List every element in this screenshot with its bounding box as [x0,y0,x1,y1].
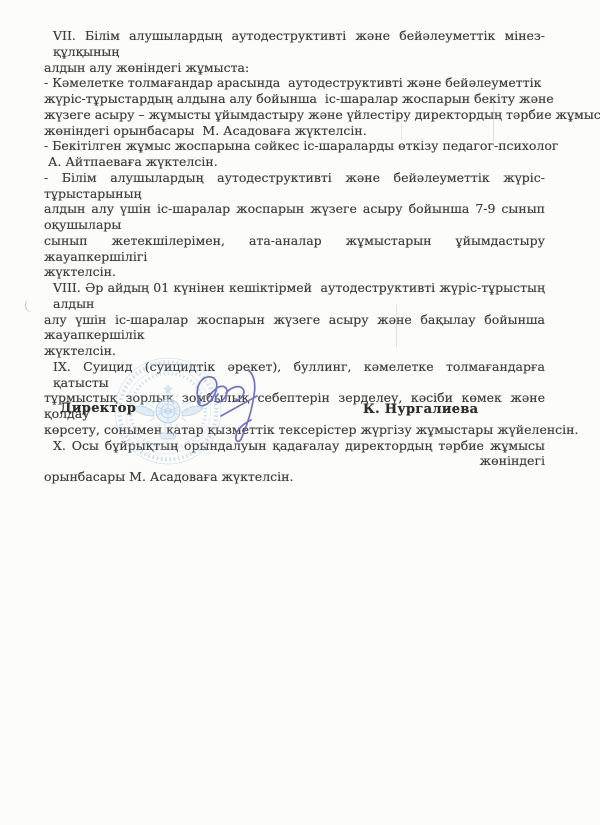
text-line: орынбасары М. Асадоваға жүктелсін. [44,469,545,485]
text-line: жүктелсін. [44,264,545,280]
scan-crease-line [493,96,494,142]
text-line: алдын алу жөніндегі жұмыста: [44,60,545,76]
text-line: - Білім алушылардың аутодеструктивті жән… [44,170,545,202]
text-line: VII. Білім алушылардың аутодеструктивті … [44,28,545,60]
text-line: - Кәмелетке толмағандар арасында аутодес… [44,75,545,91]
text-line: - Бекітілген жұмыс жоспарына сәйкес іс-ш… [44,138,545,154]
signer-name: К. Нургалиева [363,402,478,417]
text-line: алу үшін іс-шаралар жоспарын жүзеге асыр… [44,312,545,344]
director-signature [191,363,273,453]
scan-crease-line [396,305,397,347]
text-line: жүзеге асыру – жұмысты ұйымдастыру және … [44,107,545,123]
scan-crease-line [401,118,402,140]
text-line: жүріс-тұрыстардың алдына алу бойынша іс-… [44,91,545,107]
scanned-document-page: VII. Білім алушылардың аутодеструктивті … [0,0,600,825]
text-line: алдын алу үшін іс-шаралар жоспарын жүзег… [44,201,545,233]
text-line: А. Айтпаеваға жүктелсін. [44,154,545,170]
director-title: Директор [60,401,136,416]
text-line: жөніндегі орынбасары М. Асадоваға жүктел… [44,123,545,139]
text-line: сынып жетекшілерімен, ата-аналар жұмыста… [44,233,545,265]
scan-edge-mark [24,298,38,313]
text-line: VIII. Әр айдың 01 күнінен кешіктірмей ау… [44,280,545,312]
